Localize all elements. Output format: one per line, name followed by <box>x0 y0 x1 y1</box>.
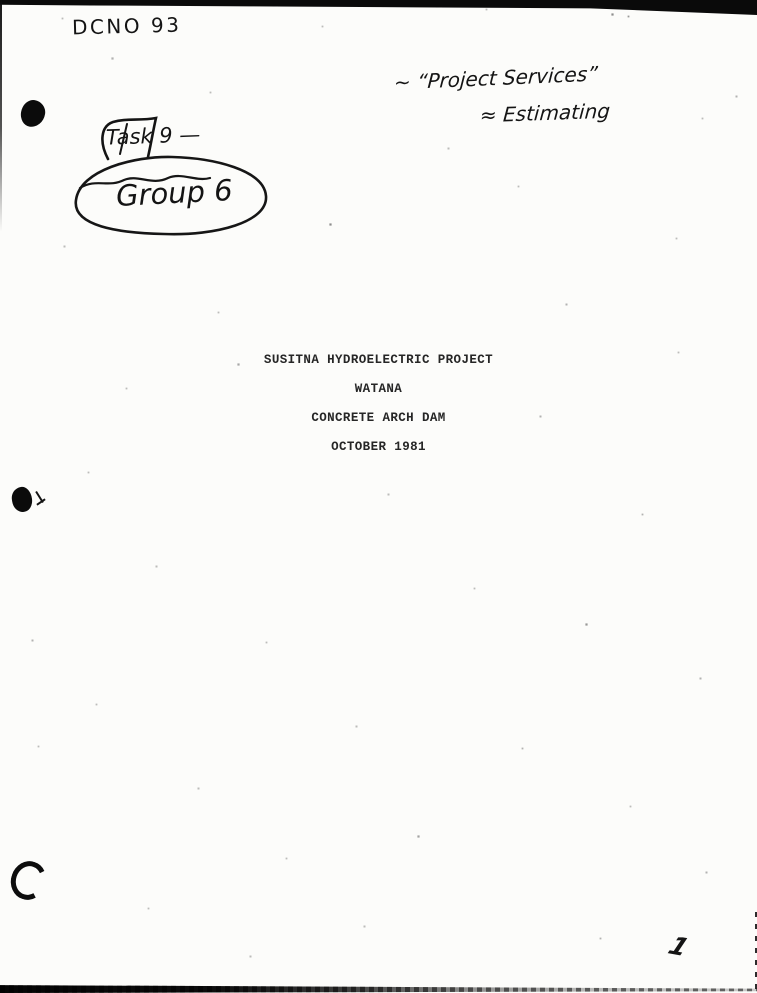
hole-punch-mark-bottom <box>6 857 51 905</box>
handwritten-group-label: Group 6 <box>115 173 233 213</box>
document-title-line: SUSITNA HYDROELECTRIC PROJECT <box>0 346 757 375</box>
handwritten-note-estimating: ≈ Estimating <box>479 99 611 128</box>
title-block: SUSITNA HYDROELECTRIC PROJECT WATANA CON… <box>0 346 757 462</box>
scan-edge-left <box>0 0 2 232</box>
document-title-line: OCTOBER 1981 <box>0 433 757 462</box>
handwritten-page-number: 1 <box>664 931 693 961</box>
handwritten-doc-number: DCNO 93 <box>72 13 182 40</box>
scan-noise <box>0 0 1 1</box>
scanned-document-page: DCNO 93 ~ “Project Services” ≈ Estimatin… <box>0 0 757 993</box>
hole-punch-mark-top <box>19 98 47 128</box>
handwritten-note-project-services: ~ “Project Services” <box>393 62 598 95</box>
hole-punch-mark-middle <box>10 486 33 514</box>
document-title-line: WATANA <box>0 375 757 404</box>
ink-smudge <box>36 498 45 505</box>
handwritten-task-label: Task 9 — <box>106 122 201 149</box>
document-title-line: CONCRETE ARCH DAM <box>0 404 757 433</box>
scan-edge-bottom <box>0 984 757 993</box>
